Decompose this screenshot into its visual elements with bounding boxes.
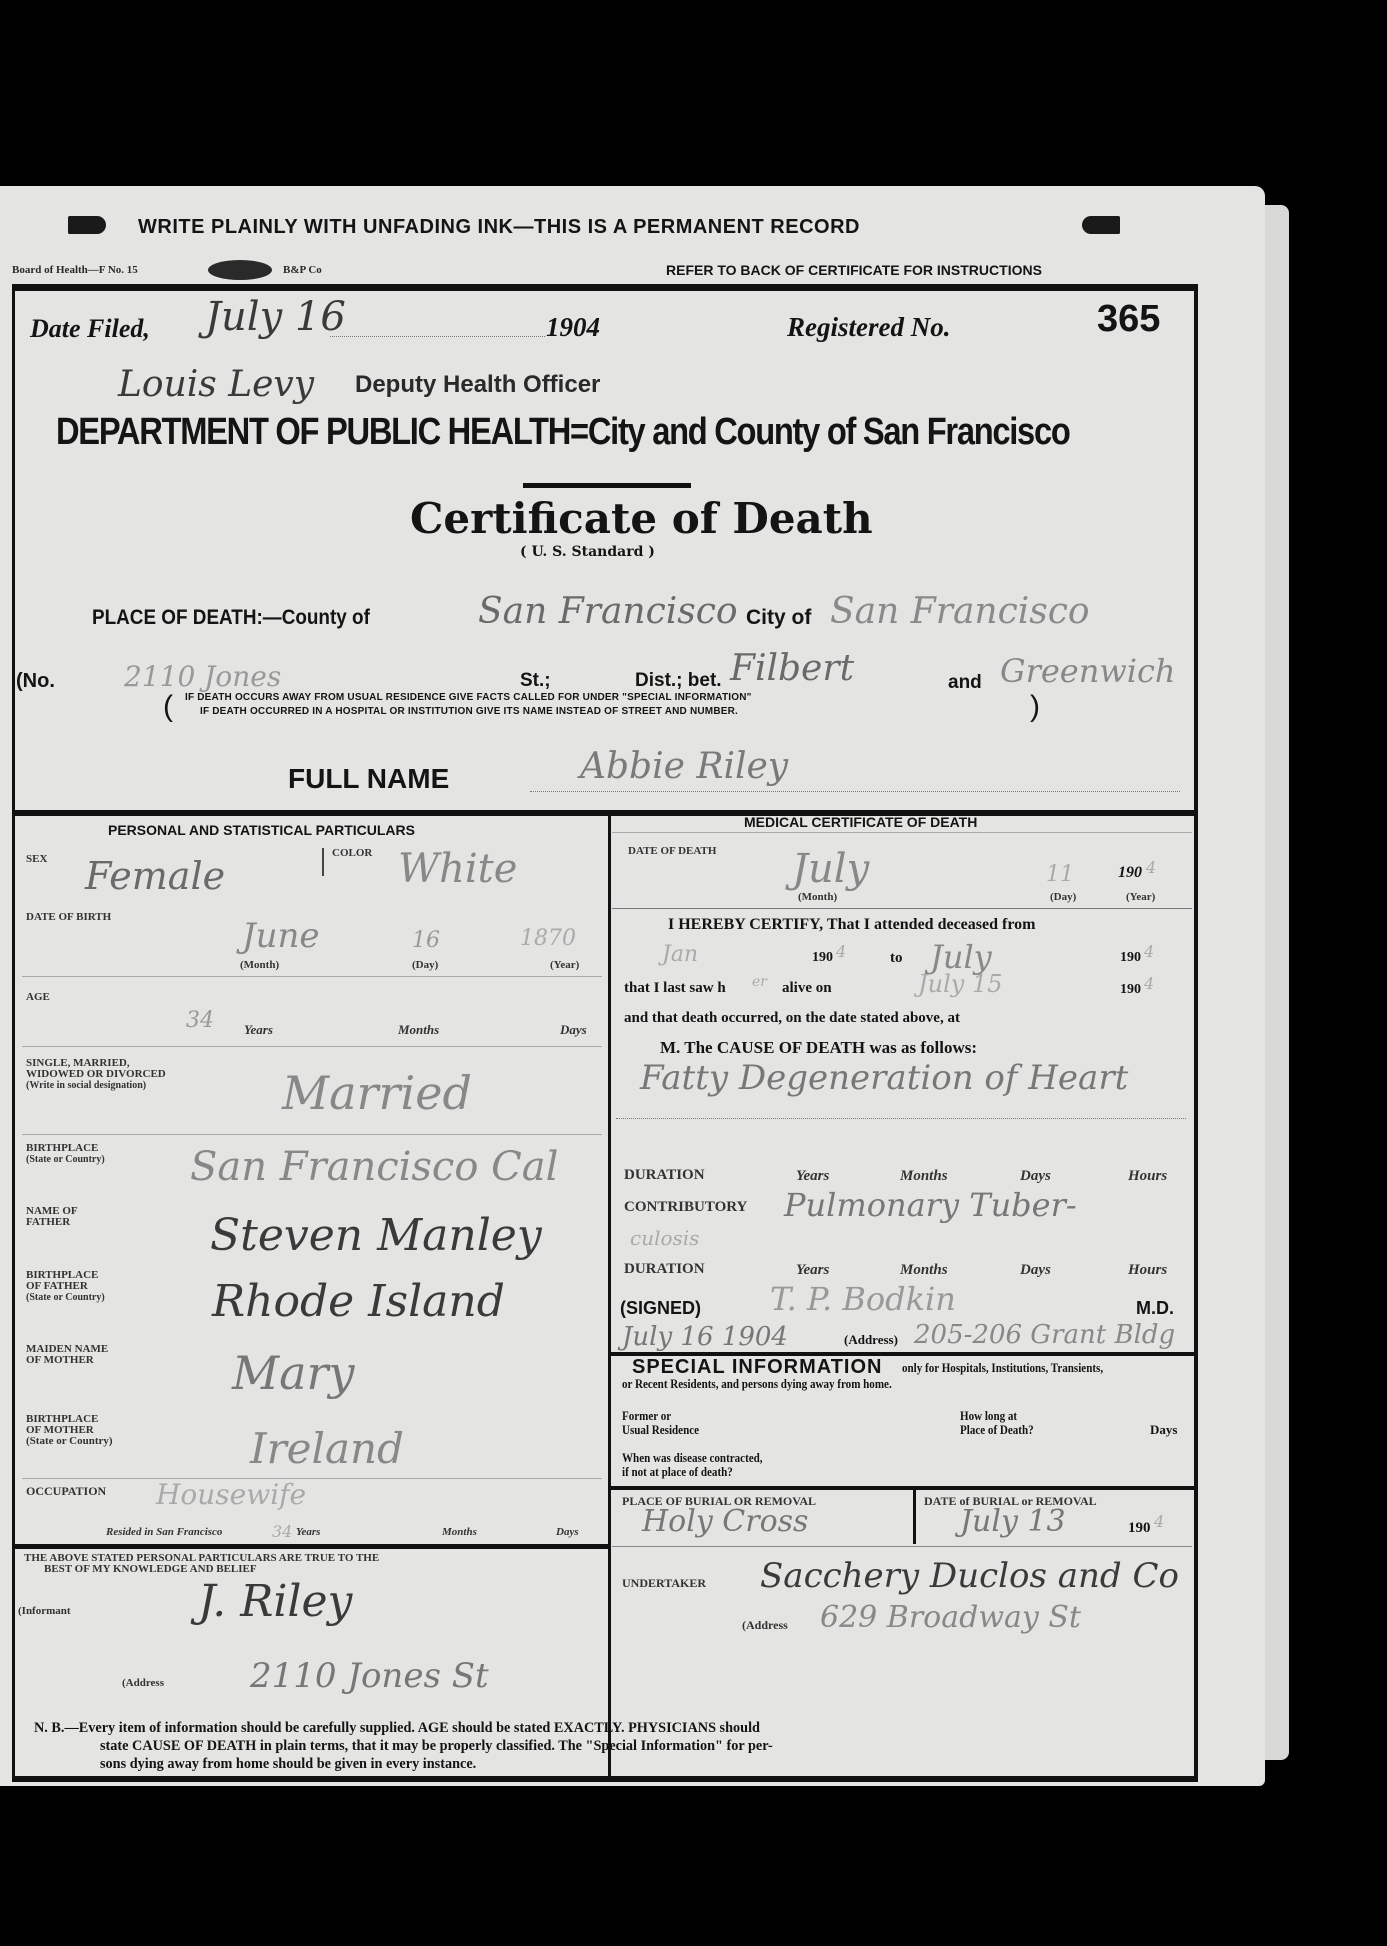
- officer-title: Deputy Health Officer: [355, 371, 600, 399]
- personal-heading: PERSONAL AND STATISTICAL PARTICULARS: [108, 822, 415, 838]
- marital-status-value: Married: [282, 1066, 472, 1120]
- dob-label: DATE OF BIRTH: [26, 912, 111, 923]
- mother-name-value: Mary: [232, 1346, 355, 1400]
- father-name-value: Steven Manley: [210, 1210, 542, 1261]
- residence-note-2: IF DEATH OCCURRED IN A HOSPITAL OR INSTI…: [200, 706, 738, 717]
- dod-label: DATE OF DEATH: [628, 846, 716, 857]
- county-value: San Francisco: [478, 591, 738, 632]
- color-label: COLOR: [332, 848, 372, 859]
- dob-day: 16: [412, 928, 440, 953]
- contributory-value: Pulmonary Tuber-: [784, 1186, 1077, 1224]
- residence-note-1: IF DEATH OCCURS AWAY FROM USUAL RESIDENC…: [185, 692, 752, 703]
- age-years: 34: [186, 1008, 214, 1033]
- date-filed-year: 1904: [546, 312, 600, 343]
- occupation-value: Housewife: [156, 1478, 306, 1511]
- standard-note: ( U. S. Standard ): [520, 544, 655, 560]
- street-no-value: 2110 Jones: [124, 660, 281, 693]
- sex-label: SEX: [26, 854, 47, 865]
- burial-place-value: Holy Cross: [642, 1504, 808, 1539]
- registered-number: 365: [1097, 298, 1160, 341]
- informant-address-label: (Address: [122, 1678, 164, 1689]
- informant-address-value: 2110 Jones St: [250, 1656, 489, 1696]
- certificate-title: Certificate of Death: [410, 494, 873, 543]
- footer-note-3: sons dying away from home should be give…: [100, 1756, 476, 1773]
- contributory-label: CONTRIBUTORY: [624, 1202, 747, 1213]
- city-value: San Francisco: [830, 591, 1090, 632]
- full-name-value: Abbie Riley: [580, 746, 788, 787]
- father-birthplace-value: Rhode Island: [212, 1276, 505, 1327]
- informant-statement-2: BEST OF MY KNOWLEDGE AND BELIEF: [44, 1564, 257, 1575]
- resided-years-value: 34: [272, 1522, 292, 1541]
- cause-of-death-value: Fatty Degeneration of Heart: [640, 1058, 1128, 1098]
- dod-year: 4: [1146, 858, 1156, 877]
- city-label: City of: [746, 606, 811, 630]
- color-value: White: [398, 846, 517, 892]
- signed-date-value: July 16 1904: [622, 1322, 788, 1352]
- age-label: AGE: [26, 992, 50, 1003]
- former-residence-label: Usual Residence: [622, 1422, 699, 1438]
- footer-note-1: N. B.—Every item of information should b…: [34, 1720, 760, 1737]
- burial-date-value: July 13: [960, 1504, 1066, 1539]
- attended-from-value: Jan: [662, 942, 698, 967]
- place-of-death-label: PLACE OF DEATH:—County of: [92, 606, 370, 630]
- date-filed-value: July 16: [205, 294, 346, 340]
- union-label-emblem-icon: [208, 260, 272, 280]
- undertaker-value: Sacchery Duclos and Co: [760, 1556, 1179, 1596]
- dob-month: June: [242, 916, 320, 956]
- occupation-label: OCCUPATION: [26, 1486, 106, 1497]
- dod-month: July: [792, 846, 869, 892]
- how-long-label: Place of Death?: [960, 1422, 1034, 1438]
- birthplace-value: San Francisco Cal: [190, 1144, 558, 1190]
- last-saw-value: July 15: [918, 970, 1002, 998]
- medical-heading: MEDICAL CERTIFICATE OF DEATH: [744, 814, 977, 830]
- informant-value: J. Riley: [198, 1576, 352, 1627]
- signed-label: (SIGNED): [620, 1298, 701, 1319]
- physician-signature: T. P. Bodkin: [770, 1280, 956, 1318]
- pointing-hand-left-icon: [68, 216, 106, 234]
- contracted-label: if not at place of death?: [622, 1464, 733, 1480]
- undertaker-address-value: 629 Broadway St: [820, 1600, 1081, 1635]
- printer-mark: B&P Co: [283, 264, 322, 276]
- dod-day: 11: [1046, 862, 1074, 887]
- full-name-label: FULL NAME: [288, 763, 449, 795]
- undertaker-label: UNDERTAKER: [622, 1578, 706, 1589]
- page-edge: [1265, 205, 1289, 1760]
- date-filed-label: Date Filed,: [30, 314, 150, 344]
- pointing-hand-right-icon: [1082, 216, 1120, 234]
- street-no-label: (No.: [16, 670, 55, 693]
- department-title: DEPARTMENT OF PUBLIC HEALTH=City and Cou…: [56, 411, 1070, 454]
- officer-signature: Louis Levy: [118, 364, 314, 405]
- certify-text: I HEREBY CERTIFY, That I attended deceas…: [668, 916, 1035, 934]
- sex-value: Female: [85, 854, 225, 898]
- header-banner: WRITE PLAINLY WITH UNFADING INK—THIS IS …: [138, 216, 860, 239]
- physician-address-value: 205-206 Grant Bldg: [914, 1320, 1175, 1350]
- and-label: and: [948, 672, 982, 694]
- informant-label: (Informant: [18, 1606, 71, 1617]
- form-id: Board of Health—F No. 15: [12, 264, 138, 276]
- cause-text: M. The CAUSE OF DEATH was as follows:: [660, 1038, 977, 1058]
- occurred-text: and that death occurred, on the date sta…: [624, 1010, 960, 1027]
- registered-label: Registered No.: [787, 312, 950, 343]
- certificate-page: WRITE PLAINLY WITH UNFADING INK—THIS IS …: [0, 186, 1265, 1786]
- instructions-note: REFER TO BACK OF CERTIFICATE FOR INSTRUC…: [666, 262, 1042, 278]
- st-label: St.;: [520, 670, 551, 692]
- footer-note-2: state CAUSE OF DEATH in plain terms, tha…: [100, 1738, 773, 1755]
- mother-birthplace-value: Ireland: [250, 1424, 404, 1473]
- and-street-value: Greenwich: [1000, 652, 1176, 690]
- dob-year: 1870: [520, 926, 576, 951]
- dist-label: Dist.; bet.: [635, 670, 722, 692]
- between-street-value: Filbert: [730, 648, 854, 689]
